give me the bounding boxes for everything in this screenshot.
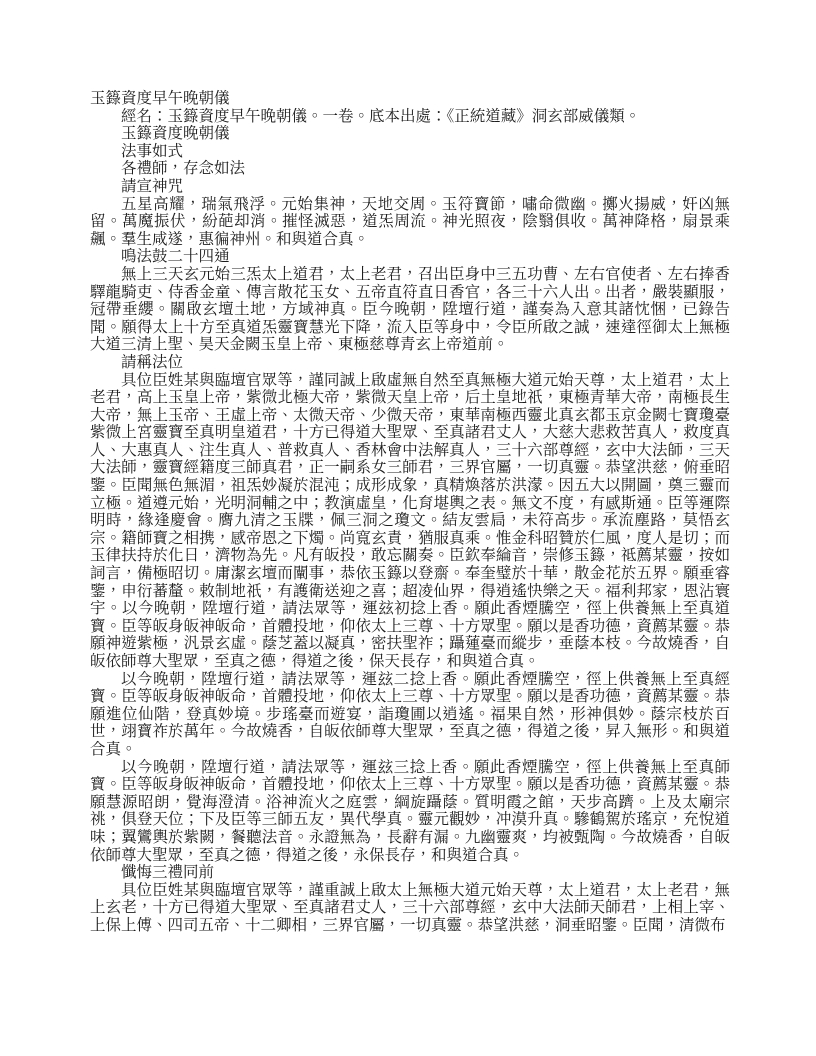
section-heading-fawei: 請稱法位 (90, 354, 730, 372)
paragraph-shenzhou-text: 五星高耀，瑞氣飛浮。元始集神，天地交周。玉符寶節，嘯命微幽。擲火揚威，奸凶無留。… (90, 196, 730, 249)
section-heading-fagu: 鳴法鼓二十四通 (90, 248, 730, 266)
section-heading-shenzhou: 請宣神咒 (90, 178, 730, 196)
document-page: 玉籙資度早午晚朝儀 經名：玉籙資度早午晚朝儀。一卷。底本出處：《正統道藏》洞玄部… (0, 0, 816, 1056)
section-heading-chanhui: 懺悔三禮同前 (90, 864, 730, 882)
scripture-meta-line: 經名：玉籙資度早午晚朝儀。一卷。底本出處：《正統道藏》洞玄部威儀類。 (90, 108, 730, 126)
paragraph-second-incense: 以今晚朝，陞壇行道，請法眾等，運玆二捻上香。願此香煙騰空，徑上供養無上至真經寶。… (90, 671, 730, 759)
paragraph-chanhui-text: 具位臣姓某與臨壇官眾等，謹重誠上啟太上無極大道元始天尊，太上道君，太上老君，無上… (90, 882, 730, 935)
section-heading-fashi: 法事如式 (90, 143, 730, 161)
paragraph-third-incense: 以今晚朝，陞壇行道，請法眾等，運玆三捻上香。願此香煙騰空，徑上供養無上至真師寶。… (90, 759, 730, 865)
paragraph-fagu-text: 無上三天玄元始三炁太上道君，太上老君，召出臣身中三五功曹、左右官使者、左右捧香驛… (90, 266, 730, 354)
document-title: 玉籙資度早午晚朝儀 (90, 90, 730, 108)
section-title-evening-rite: 玉籙資度晚朝儀 (90, 125, 730, 143)
section-heading-lishi: 各禮師，存念如法 (90, 160, 730, 178)
paragraph-fawei-first-incense: 具位臣姓某與臨壇官眾等，謹同誠上啟虛無自然至真無極大道元始天尊，太上道君，太上老… (90, 372, 730, 671)
